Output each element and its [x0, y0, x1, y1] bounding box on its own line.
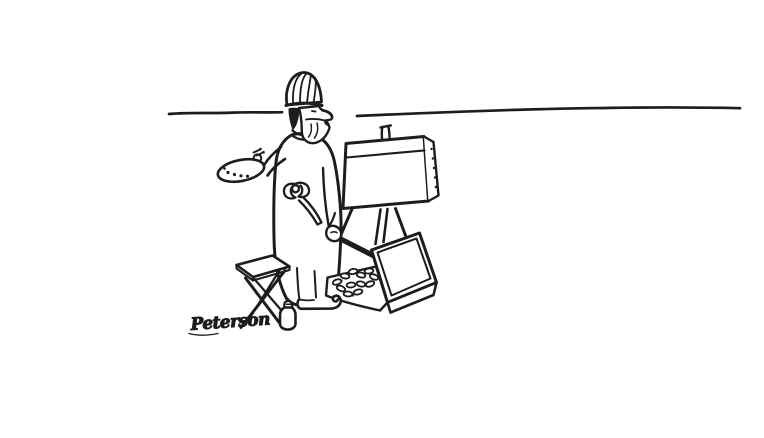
hair: [288, 108, 299, 131]
easel: [336, 125, 439, 247]
right-hand: [326, 226, 341, 241]
easel-canvas: [343, 137, 439, 209]
painter-head: [286, 73, 332, 144]
turban-brim: [286, 103, 322, 105]
cartoon-drawing: Peterson: [40, 16, 764, 422]
palette: [216, 156, 266, 186]
bottle: [280, 301, 296, 330]
artist-signature: Peterson: [189, 309, 271, 335]
cartoon-panel: Peterson: [40, 16, 764, 422]
eye: [312, 111, 316, 112]
horizon-line: [169, 107, 740, 116]
paint-box: [326, 233, 437, 313]
bottle-body: [280, 308, 296, 330]
signature-text: Peterson: [189, 309, 271, 335]
